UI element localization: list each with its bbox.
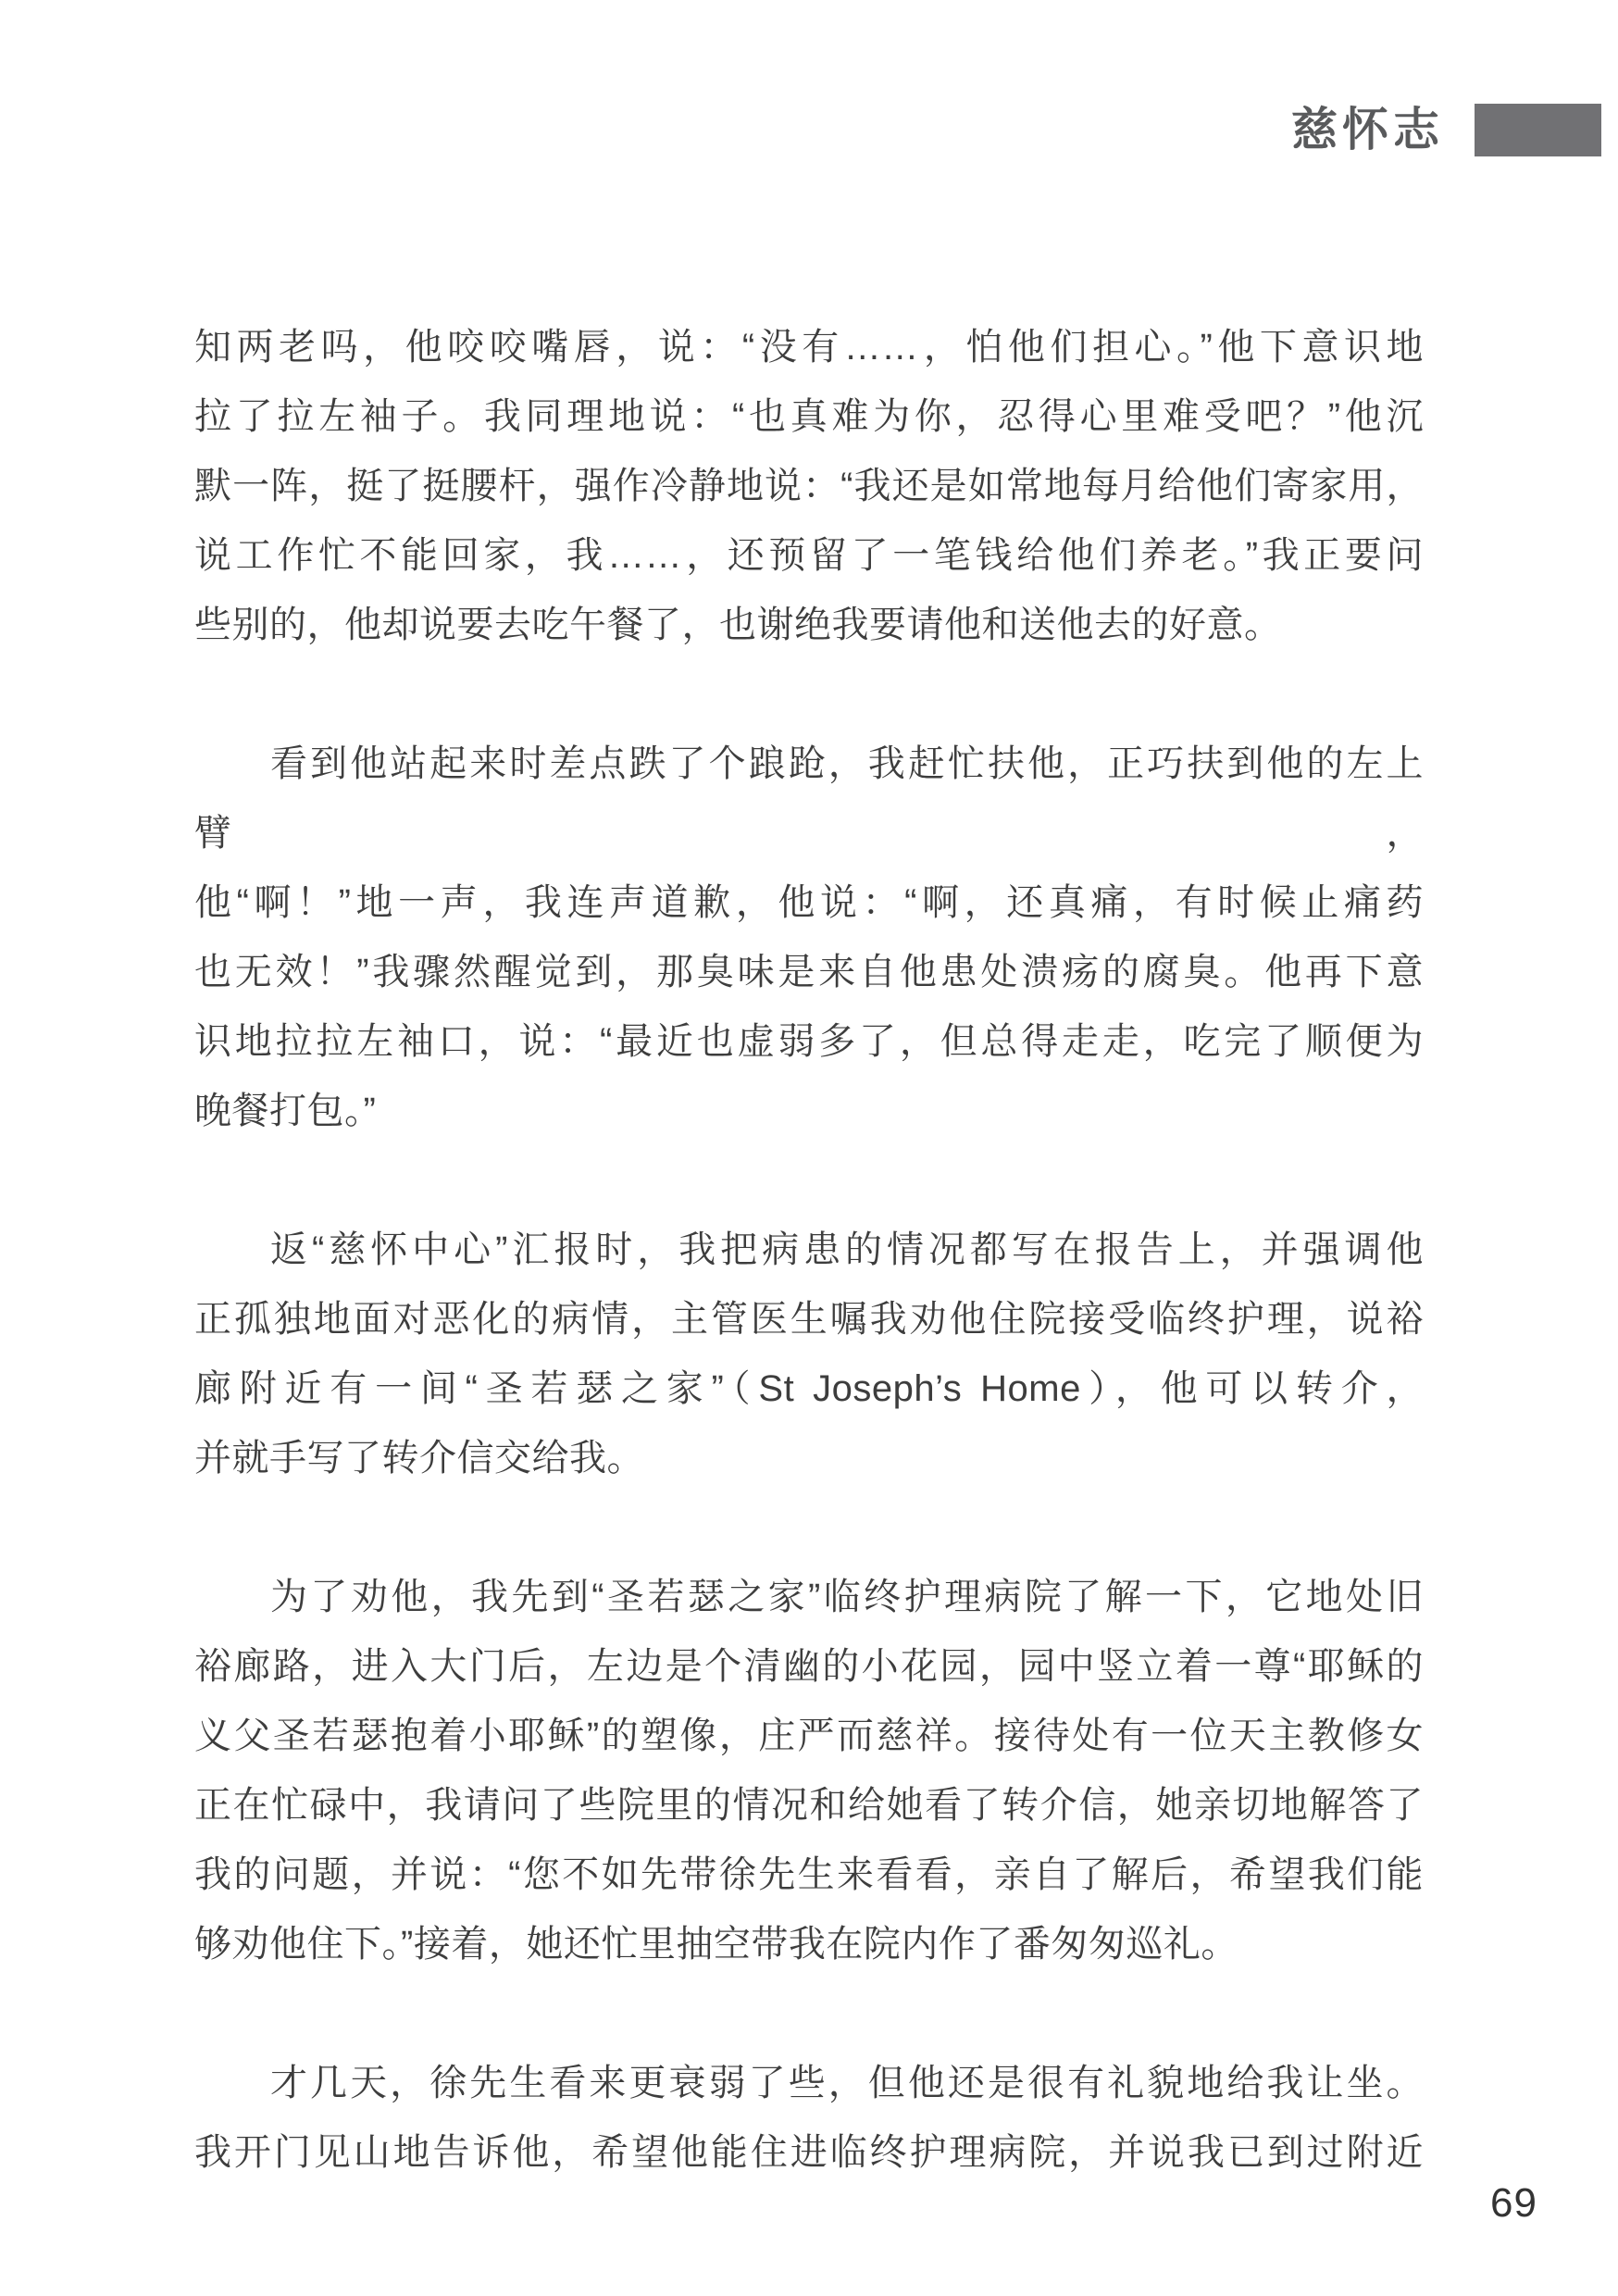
- page-number: 69: [1490, 2181, 1537, 2226]
- text-line: 晚餐打包。”: [194, 1077, 1424, 1146]
- text-line: 看到他站起来时差点跌了个踉跄，我赶忙扶他，正巧扶到他的左上臂，: [194, 730, 1424, 868]
- paragraph: 看到他站起来时差点跌了个踉跄，我赶忙扶他，正巧扶到他的左上臂，他“啊！”地一声，…: [194, 730, 1424, 1146]
- text-line: 我的问题，并说：“您不如先带徐先生来看看，亲自了解后，希望我们能: [194, 1841, 1424, 1910]
- text-line: 也无效！”我骤然醒觉到，那臭味是来自他患处溃疡的腐臭。他再下意: [194, 938, 1424, 1007]
- text-line: 正孤独地面对恶化的病情，主管医生嘱我劝他住院接受临终护理，说裕: [194, 1285, 1424, 1354]
- text-line: 为了劝他，我先到“圣若瑟之家”临终护理病院了解一下，它地处旧: [194, 1563, 1424, 1632]
- text-line: 识地拉拉左袖口，说：“最近也虚弱多了，但总得走走，吃完了顺便为: [194, 1007, 1424, 1077]
- paragraph: 为了劝他，我先到“圣若瑟之家”临终护理病院了解一下，它地处旧裕廊路，进入大门后，…: [194, 1563, 1424, 1979]
- text-line: 返“慈怀中心”汇报时，我把病患的情况都写在报告上，并强调他: [194, 1216, 1424, 1285]
- text-line: 知两老吗，他咬咬嘴唇，说：“没有……，怕他们担心。”他下意识地: [194, 313, 1424, 382]
- magazine-title: 慈怀志: [1291, 102, 1444, 157]
- text-line: 并就手写了转介信交给我。: [194, 1424, 1424, 1493]
- text-line: 够劝他住下。”接着，她还忙里抽空带我在院内作了番匆匆巡礼。: [194, 1910, 1424, 1979]
- paragraph: 才几天，徐先生看来更衰弱了些，但他还是很有礼貌地给我让坐。我开门见山地告诉他，希…: [194, 2049, 1424, 2188]
- text-line: 默一阵，挺了挺腰杆，强作冷静地说：“我还是如常地每月给他们寄家用，: [194, 452, 1424, 521]
- text-line: 义父圣若瑟抱着小耶稣”的塑像，庄严而慈祥。接待处有一位天主教修女: [194, 1702, 1424, 1771]
- text-line: 裕廊路，进入大门后，左边是个清幽的小花园，园中竖立着一尊“耶稣的: [194, 1632, 1424, 1702]
- article-body: 知两老吗，他咬咬嘴唇，说：“没有……，怕他们担心。”他下意识地拉了拉左袖子。我同…: [194, 313, 1424, 2188]
- text-line: 廊附近有一间“圣若瑟之家”（St Joseph’s Home），他可以转介，: [194, 1354, 1424, 1424]
- text-line: 才几天，徐先生看来更衰弱了些，但他还是很有礼貌地给我让坐。: [194, 2049, 1424, 2118]
- text-line: 说工作忙不能回家，我……，还预留了一笔钱给他们养老。”我正要问: [194, 521, 1424, 591]
- text-line: 拉了拉左袖子。我同理地说：“也真难为你，忍得心里难受吧？”他沉: [194, 382, 1424, 452]
- text-line: 正在忙碌中，我请问了些院里的情况和给她看了转介信，她亲切地解答了: [194, 1771, 1424, 1841]
- text-line: 些别的，他却说要去吃午餐了，也谢绝我要请他和送他去的好意。: [194, 591, 1424, 660]
- paragraph: 返“慈怀中心”汇报时，我把病患的情况都写在报告上，并强调他正孤独地面对恶化的病情…: [194, 1216, 1424, 1493]
- text-line: 他“啊！”地一声，我连声道歉，他说：“啊，还真痛，有时候止痛药: [194, 868, 1424, 938]
- text-line: 我开门见山地告诉他，希望他能住进临终护理病院，并说我已到过附近: [194, 2118, 1424, 2188]
- magazine-page: 慈怀志 知两老吗，他咬咬嘴唇，说：“没有……，怕他们担心。”他下意识地拉了拉左袖…: [0, 0, 1618, 2296]
- header-accent-bar: [1475, 104, 1601, 156]
- page-header: 慈怀志: [1291, 102, 1601, 157]
- paragraph: 知两老吗，他咬咬嘴唇，说：“没有……，怕他们担心。”他下意识地拉了拉左袖子。我同…: [194, 313, 1424, 660]
